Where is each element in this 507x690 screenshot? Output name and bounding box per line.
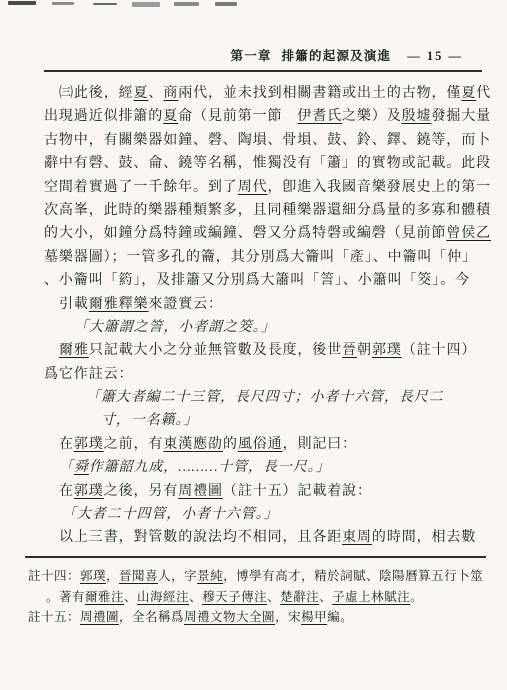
- text-segment: 墓樂器圖）；一管多孔的籥，其分別爲大籥叫「產」、中籥叫「仲」: [44, 250, 477, 265]
- proper-noun: 山海經注: [137, 590, 189, 604]
- text-line: 墓樂器圖）；一管多孔的籥，其分別爲大籥叫「產」、中籥叫「仲」: [44, 246, 507, 269]
- proper-noun: 應劭: [193, 437, 223, 452]
- proper-noun: 晉: [342, 343, 357, 358]
- text-segment: 古物中，有關樂器如鐘、磬、陶塤、骨塤、鼓、鈴、鐸、鐃等，而卜: [44, 133, 491, 148]
- text-segment: 以上三書，對管數的說法均不相同，且各距: [59, 530, 342, 545]
- proper-noun: 郭璞: [372, 343, 402, 358]
- scan-artifact: [93, 3, 117, 5]
- text-segment: 編。: [327, 610, 353, 624]
- text-segment: （註十五）記載着說：: [223, 484, 372, 499]
- proper-noun: 楚辭注: [280, 590, 319, 604]
- text-segment: 兩代，並未找到相關書籍或出土的古物，僅: [178, 86, 461, 101]
- proper-noun: 夏: [461, 86, 476, 101]
- text-segment: ，則記曰：: [283, 437, 358, 452]
- text-segment: 之後，另有: [104, 484, 179, 499]
- text-segment: 的時間，相去數: [372, 530, 476, 545]
- proper-noun: 周禮圖: [178, 484, 223, 499]
- text-segment: 發掘大量: [431, 109, 491, 124]
- text-segment: ，: [106, 569, 119, 583]
- text-segment: ，宋: [275, 610, 301, 624]
- proper-noun: 商: [163, 86, 178, 101]
- text-segment: 的: [223, 437, 238, 452]
- scan-artifact: [8, 1, 36, 5]
- text-segment: 爲它作註云：: [44, 367, 133, 382]
- text-segment: 、: [148, 86, 163, 101]
- header-rule: [44, 70, 482, 72]
- proper-noun: 子虛上林賦注: [332, 590, 410, 604]
- footnote-line: 。著有爾雅注、山海經注、穆天子傳注、楚辭注、子虛上林賦注。: [28, 587, 498, 608]
- text-segment: 。: [410, 590, 423, 604]
- text-segment: ㈢此後，經: [59, 86, 134, 101]
- text-segment: 人，字: [158, 569, 197, 583]
- text-line: 「簫大者編二十三管，長尺四寸；小者十六管，長尺二: [44, 386, 507, 409]
- proper-noun: 爾雅注: [85, 590, 124, 604]
- text-segment: 之前，有: [104, 437, 164, 452]
- proper-noun: 郭璞: [80, 569, 106, 583]
- text-segment: 代: [476, 86, 491, 101]
- text-line: 寸，一名籟。」: [44, 409, 507, 432]
- text-line: 「大簫謂之䇾，小者謂之筊。」: [44, 316, 507, 339]
- text-segment: 只記載大小之分並無管數及長度，後世: [89, 343, 342, 358]
- text-line: ㈢此後，經夏、商兩代，並未找到相關書籍或出土的古物，僅夏代: [44, 82, 507, 105]
- proper-noun: 周禮文物大全圖: [184, 610, 275, 624]
- text-segment: 「大者二十四管，小者十六管。」: [62, 507, 279, 522]
- body-text: ㈢此後，經夏、商兩代，並未找到相關書籍或出土的古物，僅夏代出現過近似排簫的夏侖（…: [44, 82, 507, 550]
- proper-noun: 伊耆氏: [297, 109, 342, 124]
- proper-noun: 舜: [74, 460, 89, 475]
- text-segment: 、: [267, 590, 280, 604]
- text-segment: 引載: [59, 297, 89, 312]
- text-segment: 之樂）及: [342, 109, 402, 124]
- text-line: 出現過近似排簫的夏侖（見前第一節 伊耆氏之樂）及殷墟發掘大量: [44, 105, 507, 128]
- text-segment: 在: [59, 484, 74, 499]
- running-header: 第一章排簫的起源及演進— 15 —: [231, 46, 463, 64]
- text-segment: 辭中有磬、鼓、侖、鐃等名稱，惟獨没有「簫」的實物或記載。此段: [44, 156, 491, 171]
- text-segment: 註十五：: [28, 610, 80, 624]
- text-line: 空間着實過了一千餘年。到了周代，卽進入我國音樂發展史上的第一: [44, 176, 507, 199]
- text-segment: 空間着實過了一千餘年。到了: [44, 180, 238, 195]
- scanned-book-page: 第一章排簫的起源及演進— 15 — ㈢此後，經夏、商兩代，並未找到相關書籍或出土…: [0, 0, 507, 690]
- text-segment: 「: [59, 460, 74, 475]
- text-line: 在郭璞之前，有東漢應劭的風俗通，則記曰：: [44, 433, 507, 456]
- footnote-line: 註十四：郭璞，晉聞喜人，字景純，博學有高才，精於詞賦、陰陽曆算五行卜筮: [28, 566, 498, 587]
- text-segment: 在: [59, 437, 74, 452]
- proper-noun: 爾雅: [59, 343, 89, 358]
- text-segment: 作簫韶九成，………十管，長一尺。」: [89, 460, 331, 475]
- proper-noun: 夏: [134, 86, 149, 101]
- text-segment: ，卽進入我國音樂發展史上的第一: [268, 180, 492, 195]
- text-line: 、小籥叫「箹」，及排簫又分別爲大簫叫「䇾」、小簫叫「筊」。今: [44, 269, 507, 292]
- text-segment: 。著有: [46, 590, 85, 604]
- text-line: 次高峯，此時的樂器種類繁多，且同種樂器還細分爲量的多寡和體積: [44, 199, 507, 222]
- text-line: 辭中有磬、鼓、侖、鐃等名稱，惟獨没有「簫」的實物或記載。此段: [44, 152, 507, 175]
- text-line: 的大小，如鐘分爲特鐘或編鐘、磬又分爲特磬或編磬（見前節曾侯乙: [44, 222, 507, 245]
- text-segment: 、: [319, 590, 332, 604]
- proper-noun: 郭璞: [74, 484, 104, 499]
- chapter-label: 第一章: [231, 49, 272, 63]
- proper-noun: 郭璞: [74, 437, 104, 452]
- text-line: 爲它作註云：: [44, 363, 507, 386]
- proper-noun: 周代: [238, 180, 268, 195]
- text-segment: 、小籥叫「箹」，及排簫又分別爲大簫叫「䇾」、小簫叫「筊」。今: [44, 273, 470, 288]
- text-segment: 次高峯，此時的樂器種類繁多，且同種樂器還細分爲量的多寡和體積: [44, 203, 491, 218]
- proper-noun: 曾侯乙: [446, 226, 491, 241]
- text-segment: 、: [189, 590, 202, 604]
- proper-noun: 東漢: [163, 437, 193, 452]
- proper-noun: 夏: [163, 109, 178, 124]
- proper-noun: 穆天子傳注: [202, 590, 267, 604]
- footnotes: 註十四：郭璞，晉聞喜人，字景純，博學有高才，精於詞賦、陰陽曆算五行卜筮。著有爾雅…: [28, 566, 498, 628]
- text-segment: 寸，一名籟。」: [101, 413, 198, 428]
- text-segment: ，全名稱爲: [119, 610, 184, 624]
- text-segment: 出現過近似排簫的: [44, 109, 163, 124]
- text-line: 「舜作簫韶九成，………十管，長一尺。」: [44, 456, 507, 479]
- text-segment: ，博學有高才，精於詞賦、陰陽曆算五行卜筮: [223, 569, 483, 583]
- scan-artifact: [215, 2, 237, 6]
- text-line: 在郭璞之後，另有周禮圖（註十五）記載着說：: [44, 480, 507, 503]
- scan-artifact: [174, 2, 199, 6]
- proper-noun: 爾雅釋樂: [89, 297, 149, 312]
- footnote-rule: [25, 556, 486, 558]
- text-line: 「大者二十四管，小者十六管。」: [44, 503, 507, 526]
- proper-noun: 周禮圖: [80, 610, 119, 624]
- text-line: 古物中，有關樂器如鐘、磬、陶塤、骨塤、鼓、鈴、鐸、鐃等，而卜: [44, 129, 507, 152]
- text-segment: 來證實云：: [148, 297, 223, 312]
- proper-noun: 景純: [197, 569, 223, 583]
- scan-artifact: [52, 2, 74, 5]
- text-segment: 朝: [357, 343, 372, 358]
- text-line: 爾雅只記載大小之分並無管數及長度，後世晉朝郭璞（註十四）: [44, 339, 507, 362]
- text-segment: 「大簫謂之䇾，小者謂之筊。」: [74, 320, 276, 335]
- text-segment: 侖（見前第一節: [178, 109, 297, 124]
- text-segment: 「簫大者編二十三管，長尺四寸；小者十六管，長尺二: [86, 390, 444, 405]
- text-segment: 的大小，如鐘分爲特鐘或編鐘、磬又分爲特磬或編磬（見前節: [44, 226, 446, 241]
- proper-noun: 楊甲: [301, 610, 327, 624]
- text-line: 引載爾雅釋樂來證實云：: [44, 293, 507, 316]
- chapter-title: 排簫的起源及演進: [282, 49, 392, 63]
- proper-noun: 殷墟: [402, 109, 432, 124]
- proper-noun: 晉聞喜: [119, 569, 158, 583]
- footnote-line: 註十五：周禮圖，全名稱爲周禮文物大全圖，宋楊甲編。: [28, 607, 498, 628]
- text-segment: （註十四）: [402, 343, 477, 358]
- text-line: 以上三書，對管數的說法均不相同，且各距東周的時間，相去數: [44, 526, 507, 549]
- page-number: — 15 —: [407, 49, 463, 63]
- text-segment: 註十四：: [28, 569, 80, 583]
- scan-artifact: [132, 2, 160, 7]
- proper-noun: 風俗通: [238, 437, 283, 452]
- text-segment: 、: [124, 590, 137, 604]
- proper-noun: 東周: [342, 530, 372, 545]
